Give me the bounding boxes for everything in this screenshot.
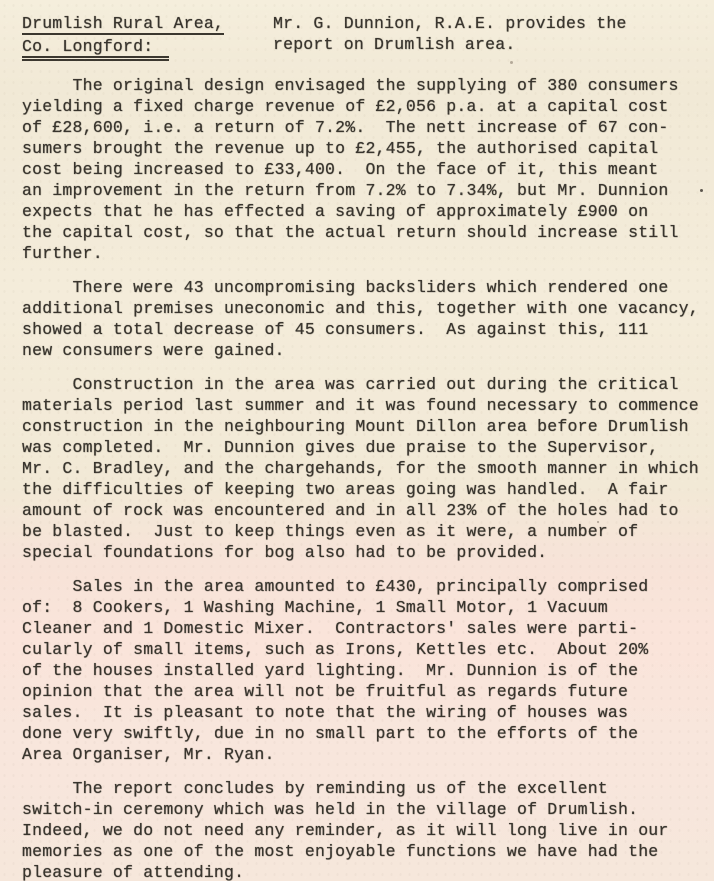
ink-speck — [510, 61, 513, 64]
area-title-line1: Drumlish Rural Area, — [22, 14, 224, 35]
report-body: The original design envisaged the supply… — [22, 75, 708, 881]
byline-line2: report on Drumlish area. — [273, 34, 708, 55]
paragraph-finances: The original design envisaged the supply… — [22, 75, 708, 264]
report-header: Drumlish Rural Area, Co. Longford: Mr. G… — [22, 13, 708, 59]
area-title-line2: Co. Longford: — [22, 38, 169, 61]
paragraph-sales: Sales in the area amounted to £430, prin… — [22, 576, 708, 765]
paragraph-conclusion: The report concludes by reminding us of … — [22, 778, 708, 881]
paragraph-consumers: There were 43 uncompromising backsliders… — [22, 277, 708, 361]
byline-line1: Mr. G. Dunnion, R.A.E. provides the — [273, 13, 708, 34]
scanned-report-page: Drumlish Rural Area, Co. Longford: Mr. G… — [0, 0, 714, 881]
paragraph-construction: Construction in the area was carried out… — [22, 374, 708, 563]
report-byline-block: Mr. G. Dunnion, R.A.E. provides the repo… — [273, 13, 708, 55]
report-title-block: Drumlish Rural Area, Co. Longford: — [22, 13, 273, 59]
